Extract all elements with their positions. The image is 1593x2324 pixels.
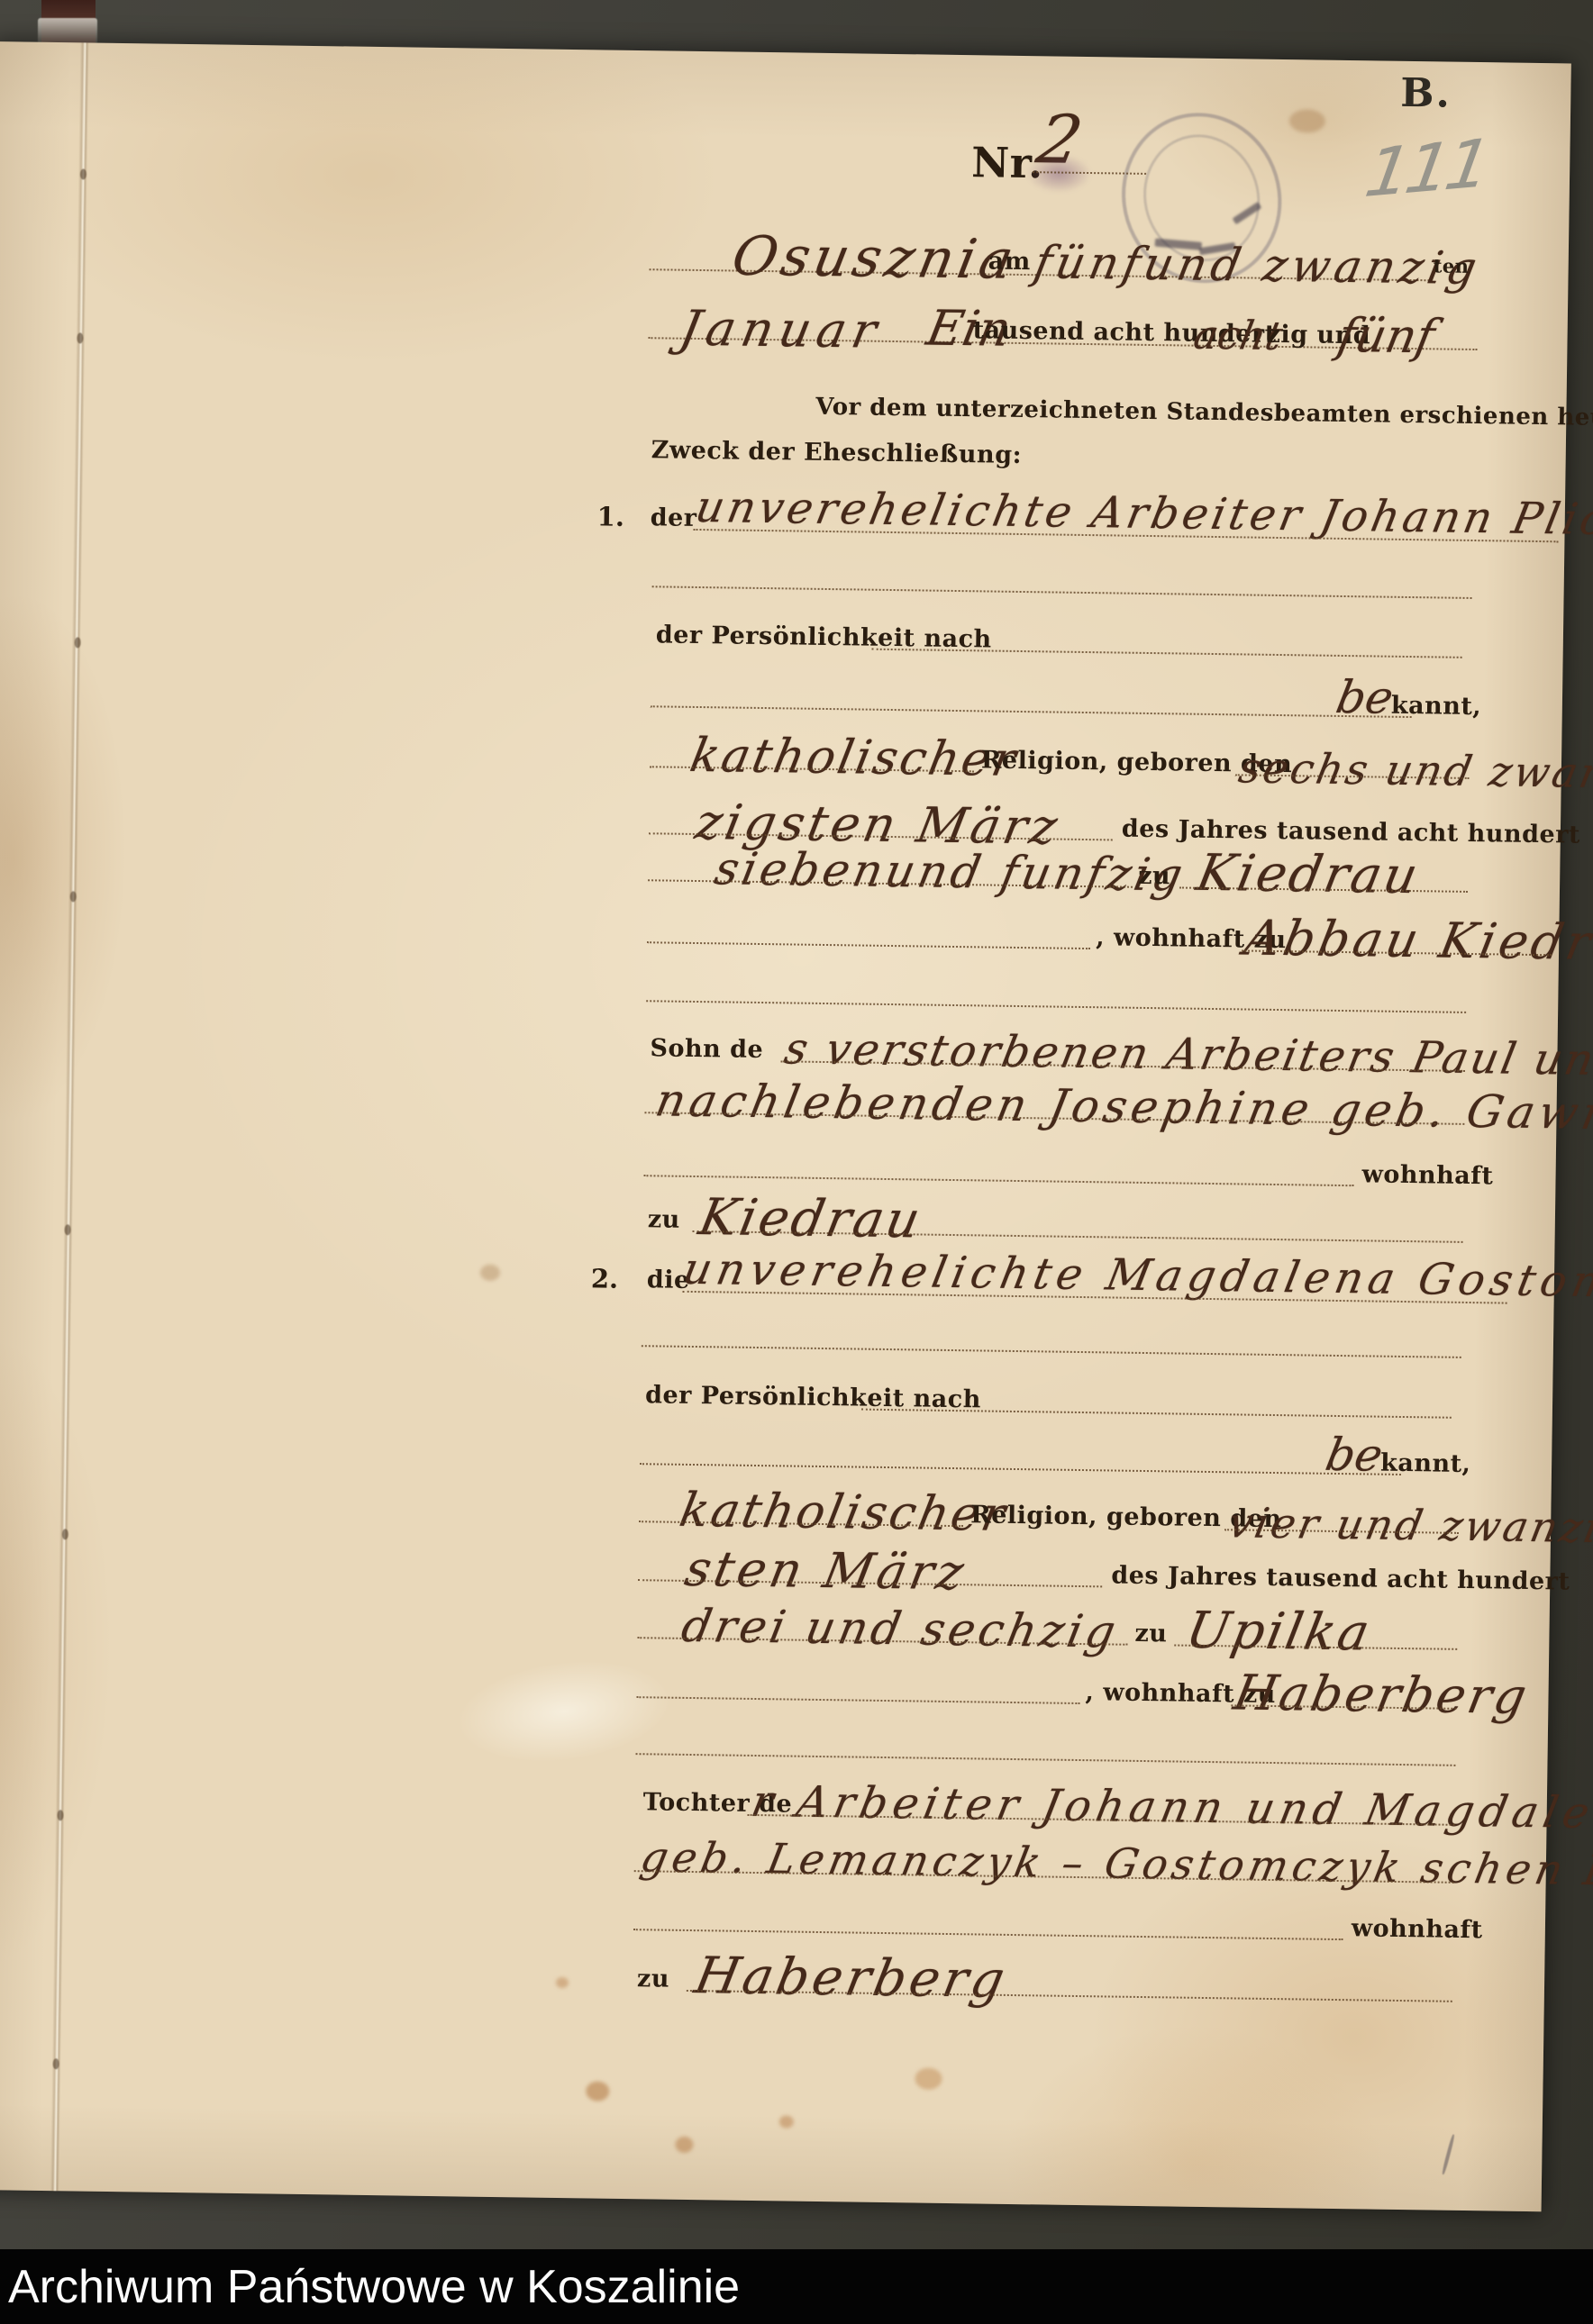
registration-place-handwriting: Osusznia xyxy=(727,225,1023,292)
bride-residence-handwriting: Haberberg xyxy=(1230,1665,1534,1725)
year-unit-handwriting: fünf xyxy=(1334,309,1439,364)
archive-name: Archiwum Państwowe w Koszalinie xyxy=(0,2260,740,2314)
pencil-page-number: 111 xyxy=(1352,123,1499,213)
groom-year-label: des Jahres tausend acht hundert xyxy=(1122,815,1580,849)
bride-birth-year-handwriting: drei und sechzig xyxy=(678,1600,1123,1658)
bride-name-handwriting: unverehelichte Magdalena Gostomczyk xyxy=(679,1244,1593,1309)
item-number-1: 1. xyxy=(596,501,624,531)
foxing-spot xyxy=(586,2081,609,2101)
groom-zu-label: zu xyxy=(1138,862,1170,890)
dotted-line xyxy=(651,705,1412,718)
groom-known-label: kannt, xyxy=(1391,692,1482,721)
bride-parents-handwriting-2: geb. Lemanczyk – Gostomczyk schen Eheleu… xyxy=(637,1832,1593,1897)
groom-birth-year-handwriting: siebenund funfzig xyxy=(711,842,1190,901)
dotted-line xyxy=(636,1696,1079,1704)
groom-birthday-handwriting-1: sechs und zwan- xyxy=(1235,743,1593,797)
binding-crease xyxy=(50,42,89,2191)
month-handwriting: Januar xyxy=(676,300,888,359)
dotted-line xyxy=(642,1345,1461,1358)
groom-zu-label-2: zu xyxy=(648,1205,680,1233)
groom-parents-residence-handwriting: Kiedrau xyxy=(695,1188,927,1249)
bride-parents-handwriting-1: r Arbeiter Johann und Magdalena xyxy=(747,1776,1593,1839)
groom-parents-label: Sohn de xyxy=(650,1034,763,1064)
am-label: am xyxy=(988,247,1031,276)
groom-parents-handwriting-2: nachlebenden Josephine geb. Gawron xyxy=(651,1074,1593,1140)
stamp-mark xyxy=(1233,202,1262,224)
bride-birthplace-handwriting: Upilka xyxy=(1181,1602,1377,1663)
groom-name-handwriting: unverehelichte Arbeiter Johann Plichowsk… xyxy=(692,482,1593,548)
foxing-spot xyxy=(779,2115,794,2128)
register-page: B. 111 Nr. 2 Osusznia am fünfund zwanzig… xyxy=(0,41,1571,2211)
archive-footer-bar: Archiwum Państwowe w Koszalinie xyxy=(0,2249,1593,2324)
bride-known-prefix-handwriting: be xyxy=(1322,1429,1388,1482)
item-number-2: 2. xyxy=(591,1263,619,1294)
groom-birthplace-handwriting: Kiedrau xyxy=(1192,844,1425,905)
groom-residence-handwriting: Abbau Kiedrau xyxy=(1240,910,1593,972)
bride-known-label: kannt, xyxy=(1380,1449,1471,1478)
spine-tape xyxy=(38,18,97,45)
groom-wohnhaft-label: wohnhaft xyxy=(1361,1160,1493,1190)
bride-wohnhaft-label: wohnhaft xyxy=(1352,1914,1483,1944)
dotted-line xyxy=(640,1463,1401,1475)
bride-zu-label-2: zu xyxy=(637,1965,669,1993)
bride-year-label: des Jahres tausend acht hundert xyxy=(1111,1561,1570,1595)
dotted-line xyxy=(872,649,1462,658)
dotted-line xyxy=(643,1175,1353,1186)
fiber-mark xyxy=(1442,2134,1456,2174)
groom-known-prefix-handwriting: be xyxy=(1332,671,1397,724)
paper-abrasion xyxy=(451,1648,678,1774)
ten-suffix-label: ten xyxy=(1434,254,1470,277)
bride-birthday-handwriting-1: vier und zwanzig- xyxy=(1224,1498,1593,1552)
intro-line-1: Vor dem unterzeichneten Standesbeamten e… xyxy=(815,394,1593,433)
foxing-spot xyxy=(480,1265,500,1281)
bride-zu-label: zu xyxy=(1134,1620,1167,1648)
groom-religion-handwriting: katholischer xyxy=(686,729,1023,787)
bride-parents-residence-handwriting: Haberberg xyxy=(690,1947,1013,2010)
bride-birthday-handwriting-2: sten März xyxy=(680,1540,971,1601)
intro-line-2: Zweck der Eheschließung: xyxy=(651,436,1023,469)
dotted-line xyxy=(647,941,1090,949)
form-series-letter: B. xyxy=(1400,70,1452,117)
dotted-line xyxy=(636,1753,1456,1766)
foxing-spot xyxy=(1289,109,1325,133)
foxing-spot xyxy=(556,1977,569,1988)
bride-religion-handwriting: katholischer xyxy=(676,1484,1013,1542)
dotted-line xyxy=(633,1929,1343,1940)
groom-article-label: der xyxy=(650,504,696,532)
dotted-line xyxy=(861,1409,1452,1419)
day-handwriting: fünfund zwanzig xyxy=(1030,236,1485,295)
foxing-spot xyxy=(675,2137,693,2153)
foxing-spot xyxy=(915,2068,942,2090)
dotted-line xyxy=(652,586,1472,599)
dotted-line xyxy=(646,1000,1466,1013)
